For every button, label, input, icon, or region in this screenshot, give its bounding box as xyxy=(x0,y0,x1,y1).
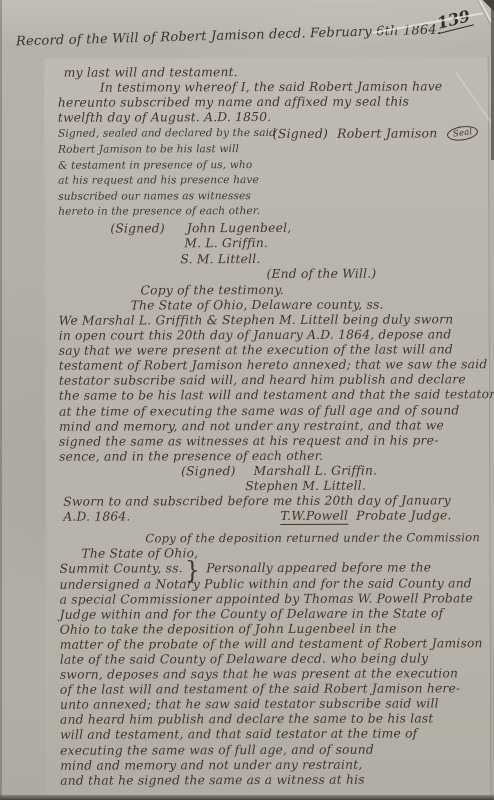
court-witness-signature-row: (Signed) Marshall L. Griffin. xyxy=(181,463,481,479)
deposition-body-line: of the last will and testament of the sa… xyxy=(60,681,482,698)
record-sheet: my last will and testament. In testimony… xyxy=(45,57,491,798)
testator-signature: Robert Jamison xyxy=(337,126,437,141)
seal-mark: Seal xyxy=(446,124,479,142)
deposition-body-line: Personally appeared before me the xyxy=(206,561,431,577)
testimony-body-line: mind and memory, and not under any restr… xyxy=(59,418,481,435)
deposition-body-line: mind and memory and not under any restra… xyxy=(60,757,482,774)
judge-signature-row: T.W.Powell Probate Judge. xyxy=(281,509,452,526)
attestation-block: Signed, sealed and declared by the said … xyxy=(58,126,480,222)
jurat-row: A.D. 1864. T.W.Powell Probate Judge. xyxy=(59,508,481,526)
testimony-body-line: testator subscribe said will, and heard … xyxy=(59,373,481,390)
witness-signature: M. L. Griffin. xyxy=(184,236,480,252)
deposition-body-line: unto annexed; that he saw said testator … xyxy=(60,697,482,714)
deposition-venue-line: The State of Ohio, xyxy=(81,546,481,562)
deposition-body-line: undersigned a Notary Public within and f… xyxy=(60,576,482,593)
attestation-line: & testament in presence of us, who xyxy=(58,157,480,174)
testimony-body-line: testament of Robert Jamison hereto annex… xyxy=(59,357,481,374)
signed-label: (Signed) xyxy=(273,126,328,141)
deposition-body-line: will and testament, and that said testat… xyxy=(60,727,482,744)
attestation-line: hereto in the presence of each other. xyxy=(58,204,480,221)
testimony-body-line: at the time of executing the same was of… xyxy=(59,403,481,420)
deposition-venue-line: Summit County, ss. xyxy=(59,562,182,578)
testimony-body-line: sence, and in the presence of each other… xyxy=(59,448,481,465)
deposition-body-line: Ohio to take the deposition of John Luge… xyxy=(60,621,482,638)
deposition-body-line: executing the same was of full age, and … xyxy=(60,742,482,759)
signed-label: (Signed) xyxy=(181,464,236,479)
page-bottom-edge xyxy=(0,795,494,800)
will-closing-line: my last will and testament. xyxy=(64,64,480,81)
deposition-body-line: a special Commissioner appointed by Thom… xyxy=(60,591,482,608)
deposition-body-line: and heard him publish and declare the sa… xyxy=(60,712,482,729)
testimony-clause-line: twelfth day of August. A.D. 1850. xyxy=(58,110,480,127)
end-of-will-note: (End of the Will.) xyxy=(266,266,480,282)
court-witness-signature: Marshall L. Griffin. xyxy=(254,463,378,479)
page-binding-edge xyxy=(0,0,2,800)
judge-signature: T.W.Powell xyxy=(281,509,349,525)
attestation-line: subscribed our names as witnesses xyxy=(58,188,480,205)
testimony-body-line: We Marshal L. Griffith & Stephen M. Litt… xyxy=(59,312,481,329)
testimony-heading: Copy of the testimony. xyxy=(140,282,480,298)
testimony-body-line: say that we were present at the executio… xyxy=(59,342,481,359)
deposition-body-line: matter of the probate of the will and te… xyxy=(60,636,482,653)
scanned-ledger-page: Record of the Will of Robert Jamison dec… xyxy=(0,0,494,800)
testimony-venue: The State of Ohio, Delaware county, ss. xyxy=(131,297,481,313)
attestation-line: Robert Jamison to be his last will xyxy=(58,141,480,158)
court-witness-signature: Stephen M. Littell. xyxy=(245,478,481,494)
jurat-line: Sworn to and subscribed before me this 2… xyxy=(63,493,481,510)
deposition-body-line: late of the said County of Delaware decd… xyxy=(60,651,482,668)
venue-brace: } xyxy=(185,563,201,577)
witness-signature-row: (Signed) John Lugenbeel, xyxy=(110,221,480,237)
attestation-line: at his request and his presence have xyxy=(58,172,480,189)
judge-title: Probate Judge. xyxy=(356,509,452,525)
testimony-body-line: in open court this 20th day of January A… xyxy=(59,327,481,344)
deposition-body-line: and that he signed the same as a witness… xyxy=(60,772,482,789)
testimony-clause-line: hereunto subscribed my name and affixed … xyxy=(58,94,480,111)
testimony-body-line: the same to be his last will and testame… xyxy=(59,388,481,405)
deposition-venue-row: Summit County, ss. } Personally appeared… xyxy=(59,561,481,578)
jurat-date: A.D. 1864. xyxy=(63,510,130,525)
signed-label: (Signed) xyxy=(110,222,165,237)
seal-label: Seal xyxy=(452,127,473,140)
testator-signature-row: (Signed) Robert Jamison Seal xyxy=(273,126,478,142)
deposition-body-line: sworn, deposes and says that he was pres… xyxy=(60,666,482,683)
testimony-body-line: signed the same as witnesses at his requ… xyxy=(59,433,481,450)
testimony-clause-line: In testimony whereof I, the said Robert … xyxy=(100,79,480,95)
deposition-body-line: Judge within and for the County of Delaw… xyxy=(60,606,482,623)
deposition-heading: Copy of the deposition returned under th… xyxy=(145,531,481,547)
witness-signature: John Lugenbeel, xyxy=(187,221,292,236)
witness-signature: S. M. Littell. xyxy=(180,251,480,267)
